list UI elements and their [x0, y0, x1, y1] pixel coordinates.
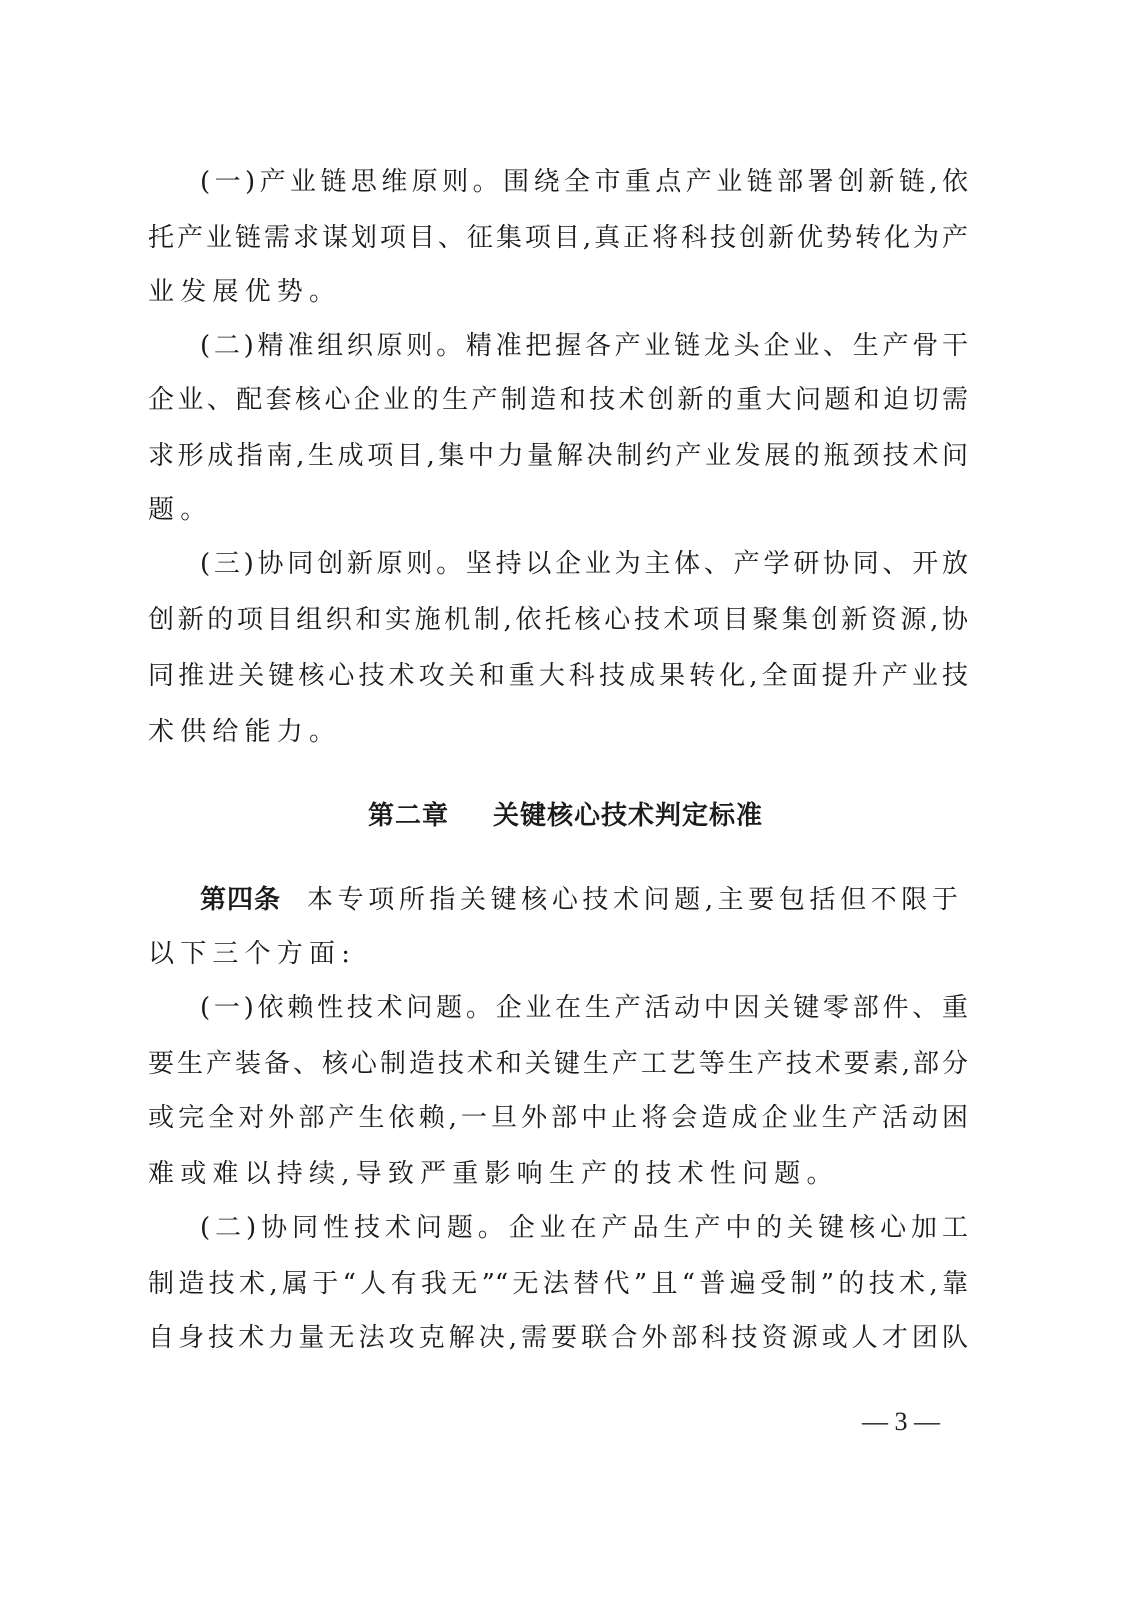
collaboration-issue-line-3: 自身技术力量无法攻克解决,需要联合外部科技资源或人才团队	[148, 1318, 968, 1358]
article-4-line-2: 以下三个方面:	[148, 934, 968, 974]
principle-3-line-2: 创新的项目组织和实施机制,依托核心技术项目聚集创新资源,协	[148, 600, 968, 640]
principle-3-line-4: 术供给能力。	[148, 712, 968, 752]
article-4-label: 第四条	[200, 885, 281, 915]
chapter-number: 第二章	[368, 801, 449, 831]
collaboration-issue-line-1: (二)协同性技术问题。企业在产品生产中的关键核心加工	[200, 1208, 968, 1248]
principle-2-line-4: 题。	[148, 490, 968, 530]
collaboration-issue-line-2: 制造技术,属于“人有我无”“无法替代”且“普遍受制”的技术,靠	[148, 1264, 968, 1304]
principle-3-line-3: 同推进关键核心技术攻关和重大科技成果转化,全面提升产业技	[148, 656, 968, 696]
principle-2-line-2: 企业、配套核心企业的生产制造和技术创新的重大问题和迫切需	[148, 380, 968, 420]
principle-2-line-3: 求形成指南,生成项目,集中力量解决制约产业发展的瓶颈技术问	[148, 436, 968, 476]
principle-1-line-3: 业发展优势。	[148, 272, 968, 312]
article-4-line-1: 第四条本专项所指关键核心技术问题,主要包括但不限于	[200, 880, 968, 920]
principle-3-line-1: (三)协同创新原则。坚持以企业为主体、产学研协同、开放	[200, 544, 968, 584]
page-number: — 3 —	[862, 1404, 940, 1440]
principle-2-line-1: (二)精准组织原则。精准把握各产业链龙头企业、生产骨干	[200, 326, 968, 366]
document-page: (一)产业链思维原则。围绕全市重点产业链部署创新链,依 托产业链需求谋划项目、征…	[0, 0, 1131, 1600]
principle-1-line-1: (一)产业链思维原则。围绕全市重点产业链部署创新链,依	[200, 162, 968, 202]
dependency-issue-line-1: (一)依赖性技术问题。企业在生产活动中因关键零部件、重	[200, 988, 968, 1028]
dependency-issue-line-3: 或完全对外部产生依赖,一旦外部中止将会造成企业生产活动困	[148, 1098, 968, 1138]
chapter-title: 关键核心技术判定标准	[493, 801, 763, 831]
article-4-text: 本专项所指关键核心技术问题,主要包括但不限于	[307, 885, 962, 915]
principle-1-line-2: 托产业链需求谋划项目、征集项目,真正将科技创新优势转化为产	[148, 218, 968, 258]
chapter-heading: 第二章关键核心技术判定标准	[0, 796, 1131, 836]
dependency-issue-line-2: 要生产装备、核心制造技术和关键生产工艺等生产技术要素,部分	[148, 1044, 968, 1084]
dependency-issue-line-4: 难或难以持续,导致严重影响生产的技术性问题。	[148, 1154, 968, 1194]
